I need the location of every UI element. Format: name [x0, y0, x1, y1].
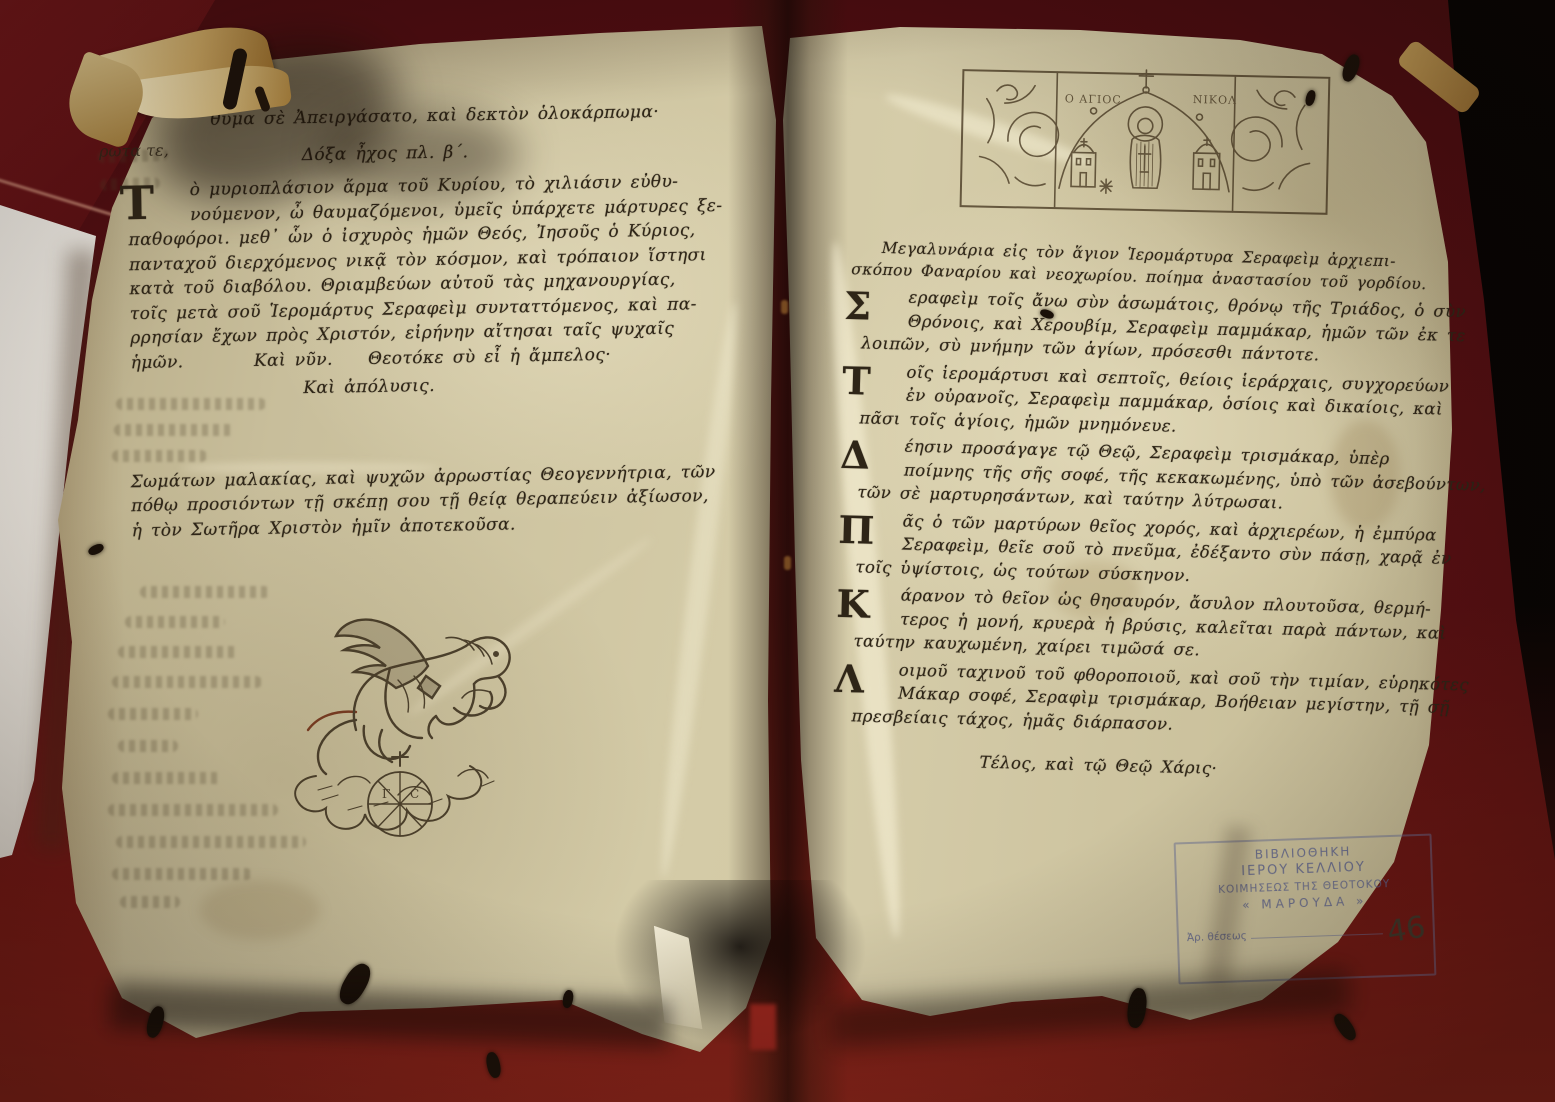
photo-old-greek-book: ρωτα τε, θῦμα σὲ Ἀπειργάσατο, καὶ δεκτὸν… — [0, 0, 1555, 1102]
bleedthrough-row — [112, 772, 222, 784]
device-letter-right: C — [410, 787, 419, 801]
stanza: Κ άρανον τὸ θεῖον ὡς θησαυρόν, ἄσυλον πλ… — [841, 582, 1453, 668]
gutter-bottom-shadow — [600, 880, 880, 1102]
headpiece-inscription-left: Ο ΑΓΙΟϹ — [1065, 92, 1122, 106]
bleedthrough-row — [118, 740, 178, 752]
ornamental-initial: Τ — [119, 180, 154, 227]
binding-stitch — [781, 300, 788, 314]
right-page-text-block: Μεγαλυνάρια εἰς τὸν ἅγιον Ἱερομάρτυρα Σε… — [838, 236, 1462, 786]
handwritten-number: 46 — [1386, 918, 1427, 944]
stanza: Σ εραφεὶμ τοῖς ἄνω σὺν ἀσωμάτοις, θρόνῳ … — [849, 284, 1461, 370]
headpiece-inscription-right: ΝΙΚΟΛ — [1193, 93, 1237, 107]
stanza: Τ οῖς ἱερομάρτυσι καὶ σεπτοῖς, θείοις ἱε… — [847, 359, 1459, 445]
bleedthrough-row — [108, 708, 198, 720]
corner-curl-shadow — [320, 110, 520, 200]
theotokion-prayer: Σωμάτων μαλακίας, καὶ ψυχῶν ἀρρωστίας Θε… — [131, 459, 732, 543]
device-letter-left: Γ — [382, 787, 390, 801]
bleedthrough-row — [120, 896, 180, 908]
bleedthrough-row — [112, 676, 262, 688]
apolysis-line: Καὶ ἀπόλυσις. — [129, 371, 609, 404]
stanza-initial: Π — [838, 509, 875, 550]
bleedthrough-row — [125, 616, 225, 628]
foxing-stain — [200, 880, 320, 940]
stanza: Π ᾶς ὁ τῶν μαρτύρων θεῖος χορός, καὶ ἀρχ… — [843, 508, 1455, 594]
bleedthrough-row — [112, 868, 252, 880]
stanza-initial: Κ — [836, 584, 870, 625]
stanza-initial: Λ — [834, 658, 865, 699]
binding-stitch — [784, 556, 791, 570]
bleedthrough-row — [108, 804, 278, 816]
stanza-initial: Δ — [840, 435, 871, 476]
pegasus-woodcut: Γ C — [278, 580, 528, 850]
stanza: Λ οιμοῦ ταχινοῦ τοῦ φθοροποιοῦ, καὶ σοῦ … — [839, 656, 1451, 742]
bleedthrough-row — [118, 646, 238, 658]
stanza: Δ έησιν προσάγαγε τῷ Θεῷ, Σεραφεὶμ τρισμ… — [845, 433, 1457, 519]
bleedthrough-row — [140, 586, 270, 598]
stamp-rule — [1251, 933, 1383, 939]
stanza-initial: Τ — [842, 360, 871, 401]
headpiece-woodcut: Ο ΑΓΙΟϹ ΝΙΚΟΛ — [954, 56, 1337, 224]
cover-glimpse — [750, 1004, 776, 1050]
stanza-initial: Σ — [844, 286, 872, 327]
